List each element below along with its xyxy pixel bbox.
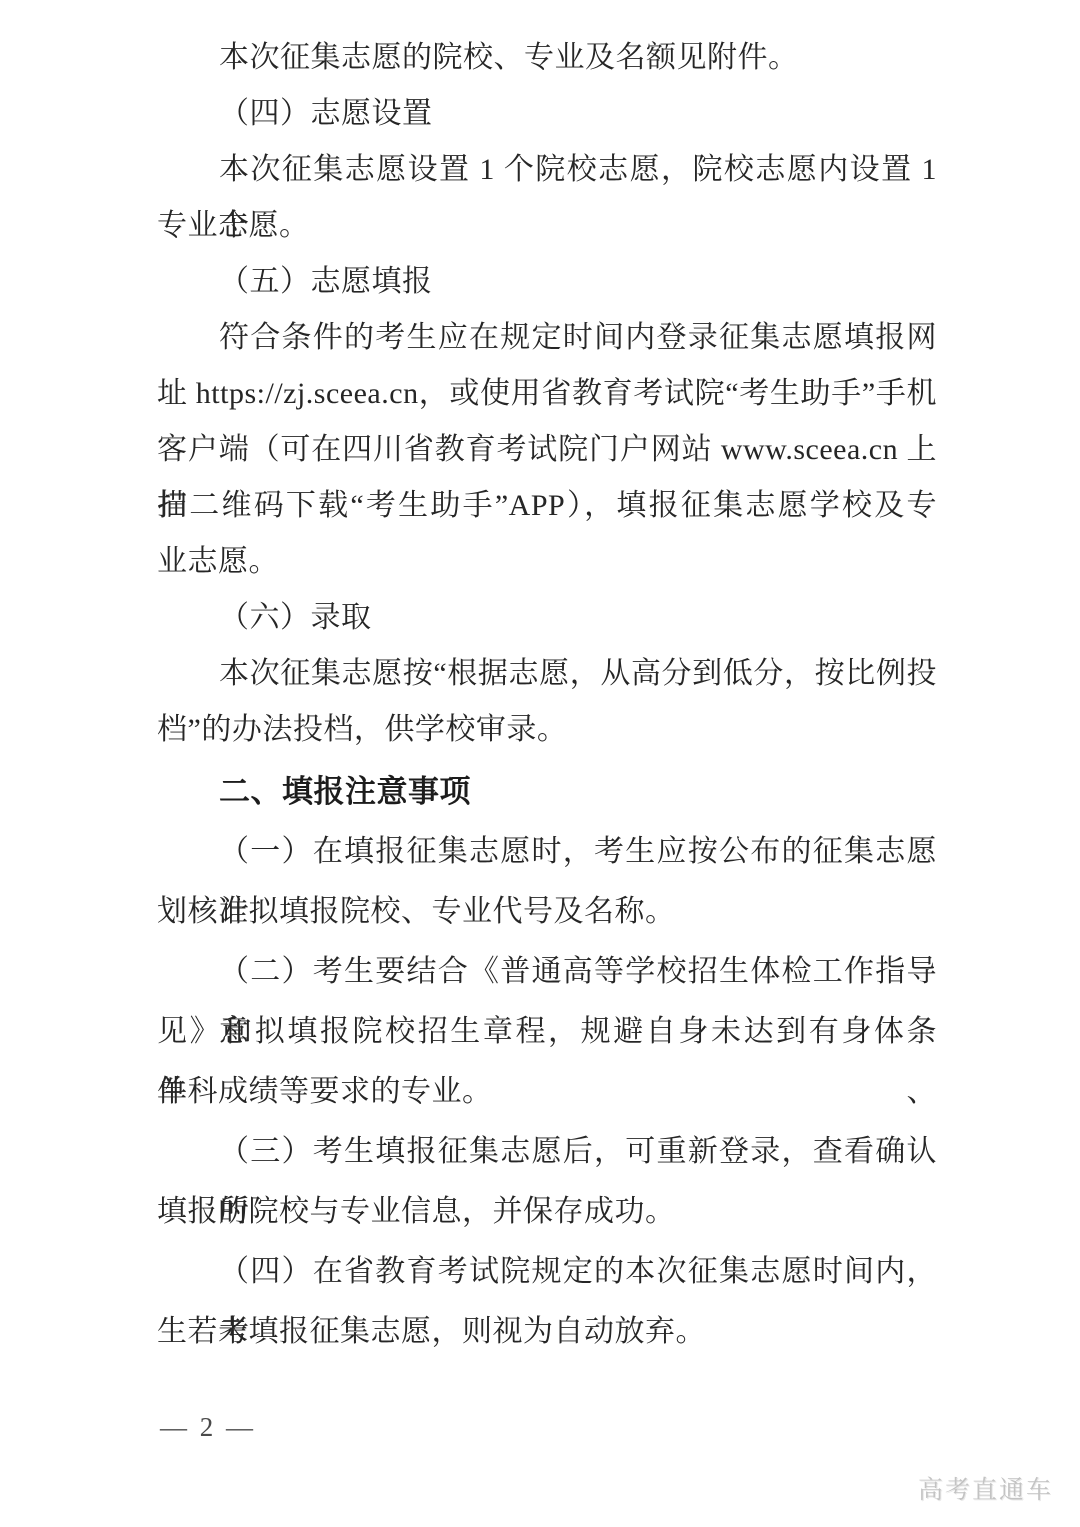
text-line: （四）志愿设置	[157, 86, 937, 142]
text-line: 址 https://zj.sceea.cn，或使用省教育考试院“考生助手”手机	[157, 366, 937, 422]
text-line: 客户端（可在四川省教育考试院门户网站 www.sceea.cn 上扫	[157, 422, 937, 478]
text-line: 符合条件的考生应在规定时间内登录征集志愿填报网	[157, 310, 937, 366]
section-heading: 二、填报注意事项	[157, 762, 937, 822]
text-line: （四）在省教育考试院规定的本次征集志愿时间内，考	[157, 1242, 937, 1302]
text-line: 档”的办法投档，供学校审录。	[157, 702, 937, 758]
text-line: （二）考生要结合《普通高等学校招生体检工作指导意	[157, 942, 937, 1002]
text-line: （六）录取	[157, 590, 937, 646]
text-line: 见》和拟填报院校招生章程，规避自身未达到有身体条件、	[157, 1002, 937, 1062]
text-line: 本次征集志愿设置 1 个院校志愿，院校志愿内设置 1 个	[157, 142, 937, 198]
text-block: 本次征集志愿的院校、专业及名额见附件。（四）志愿设置本次征集志愿设置 1 个院校…	[157, 30, 937, 1362]
text-line: 本次征集志愿的院校、专业及名额见附件。	[157, 30, 937, 86]
text-line: 业志愿。	[157, 534, 937, 590]
text-line: 专业志愿。	[157, 198, 937, 254]
document-page: 本次征集志愿的院校、专业及名额见附件。（四）志愿设置本次征集志愿设置 1 个院校…	[0, 0, 1080, 1527]
text-line: 描二维码下载“考生助手”APP），填报征集志愿学校及专	[157, 478, 937, 534]
text-line: （三）考生填报征集志愿后，可重新登录，查看确认所	[157, 1122, 937, 1182]
text-line: 本次征集志愿按“根据志愿，从高分到低分，按比例投	[157, 646, 937, 702]
text-line: （五）志愿填报	[157, 254, 937, 310]
text-line: （一）在填报征集志愿时，考生应按公布的征集志愿计	[157, 822, 937, 882]
text-line: 生若未填报征集志愿，则视为自动放弃。	[157, 1302, 937, 1362]
page-number: — 2 —	[160, 1412, 256, 1443]
watermark-label: 高考直通车	[918, 1470, 1053, 1506]
text-line: 划核准拟填报院校、专业代号及名称。	[157, 882, 937, 942]
text-line: 填报的院校与专业信息，并保存成功。	[157, 1182, 937, 1242]
